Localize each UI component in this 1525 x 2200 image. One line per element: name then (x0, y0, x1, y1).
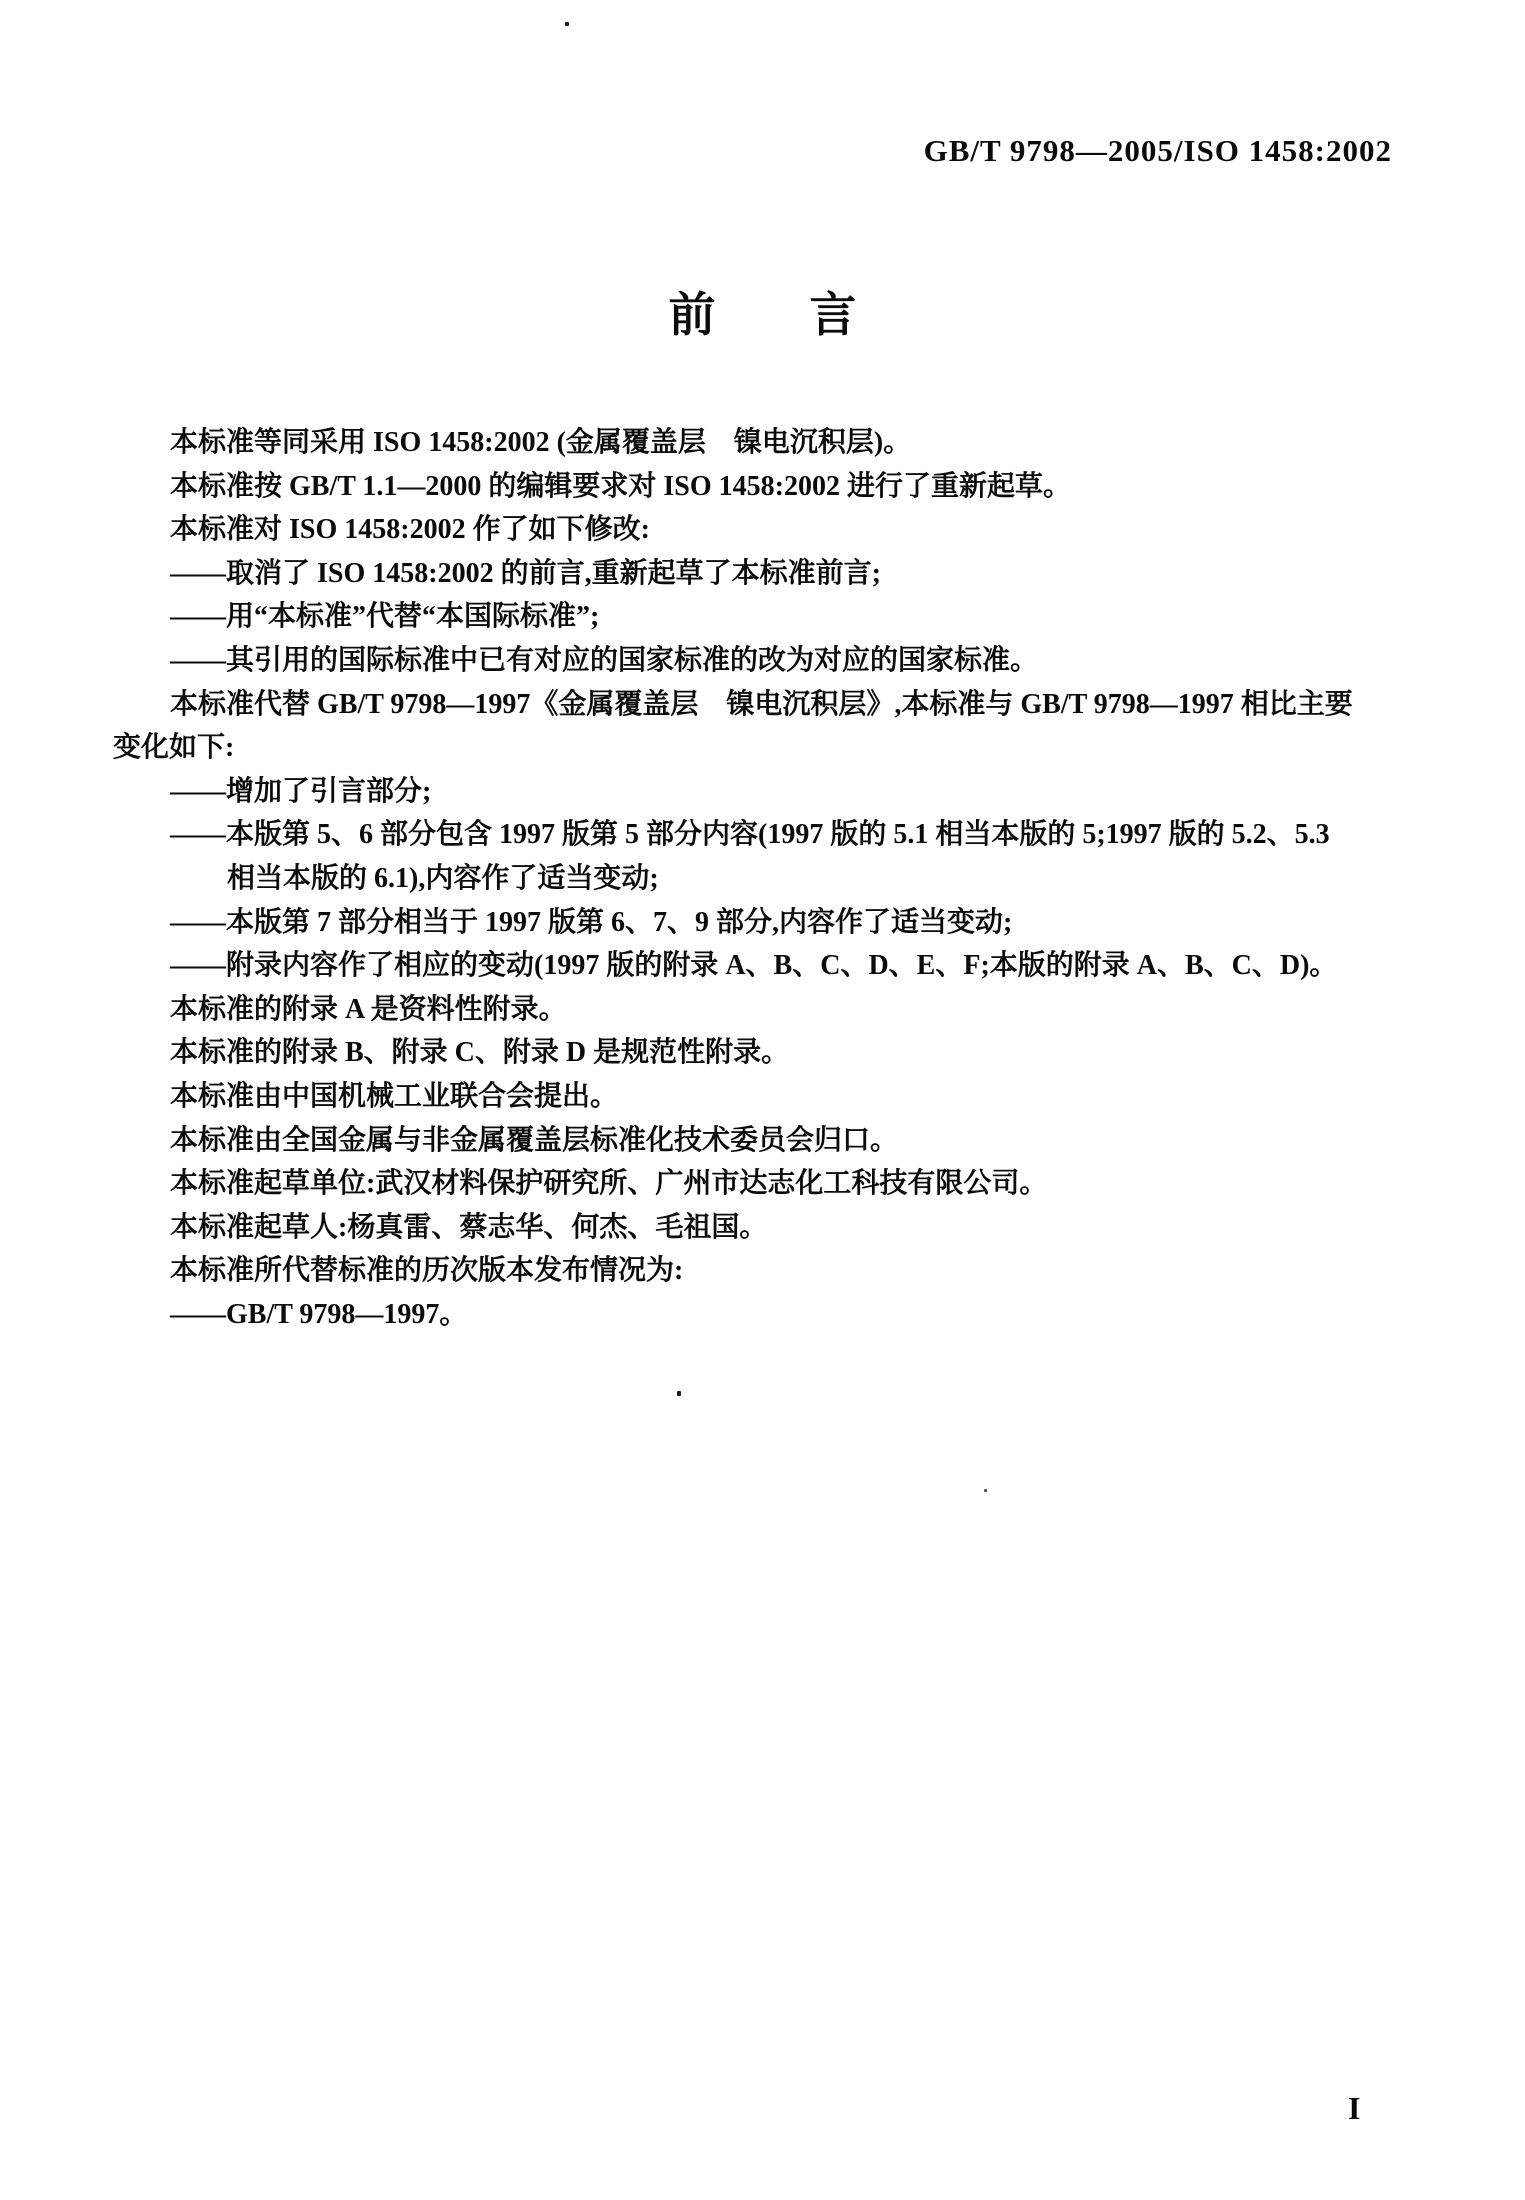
foreword-text-block: 本标准等同采用 ISO 1458:2002 (金属覆盖层 镍电沉积层)。 本标准… (113, 421, 1413, 1336)
document-page: GB/T 9798—2005/ISO 1458:2002 前 言 本标准等同采用… (0, 0, 1525, 2200)
scan-speck (677, 1391, 681, 1396)
body-line-dash-item: ——增加了引言部分; (113, 770, 1413, 814)
body-line: 本标准的附录 A 是资料性附录。 (113, 988, 1413, 1032)
body-line: 本标准由全国金属与非金属覆盖层标准化技术委员会归口。 (113, 1119, 1413, 1163)
scan-speck (565, 22, 569, 26)
document-title: 前 言 (0, 278, 1525, 345)
body-line-dash-item: ——用“本标准”代替“本国际标准”; (113, 595, 1413, 639)
body-line-dash-item: ——本版第 7 部分相当于 1997 版第 6、7、9 部分,内容作了适当变动; (113, 901, 1413, 945)
body-line-dash-item: ——取消了 ISO 1458:2002 的前言,重新起草了本标准前言; (113, 552, 1413, 596)
body-line: 本标准起草人:杨真雷、蔡志华、何杰、毛祖国。 (113, 1206, 1413, 1250)
body-line: 本标准起草单位:武汉材料保护研究所、广州市达志化工科技有限公司。 (113, 1162, 1413, 1206)
body-line: 本标准对 ISO 1458:2002 作了如下修改: (113, 508, 1413, 552)
body-line-dash-item: ——附录内容作了相应的变动(1997 版的附录 A、B、C、D、E、F;本版的附… (113, 944, 1413, 988)
body-line-dash-item: ——GB/T 9798—1997。 (113, 1293, 1413, 1337)
body-line: 本标准代替 GB/T 9798—1997《金属覆盖层 镍电沉积层》,本标准与 G… (113, 683, 1413, 727)
body-line-dash-item: ——其引用的国际标准中已有对应的国家标准的改为对应的国家标准。 (113, 639, 1413, 683)
body-line: 本标准由中国机械工业联合会提出。 (113, 1075, 1413, 1119)
page-number: I (1348, 2090, 1360, 2127)
scan-speck (984, 1489, 987, 1492)
standard-number-header: GB/T 9798—2005/ISO 1458:2002 (924, 133, 1392, 169)
body-line: 本标准所代替标准的历次版本发布情况为: (113, 1249, 1413, 1293)
body-line: 本标准按 GB/T 1.1—2000 的编辑要求对 ISO 1458:2002 … (113, 465, 1413, 509)
body-line-dash-item: ——本版第 5、6 部分包含 1997 版第 5 部分内容(1997 版的 5.… (113, 813, 1413, 857)
body-line-continuation: 变化如下: (113, 726, 1413, 770)
body-line: 本标准的附录 B、附录 C、附录 D 是规范性附录。 (113, 1031, 1413, 1075)
body-line: 本标准等同采用 ISO 1458:2002 (金属覆盖层 镍电沉积层)。 (113, 421, 1413, 465)
body-line-continuation: 相当本版的 6.1),内容作了适当变动; (113, 857, 1413, 901)
